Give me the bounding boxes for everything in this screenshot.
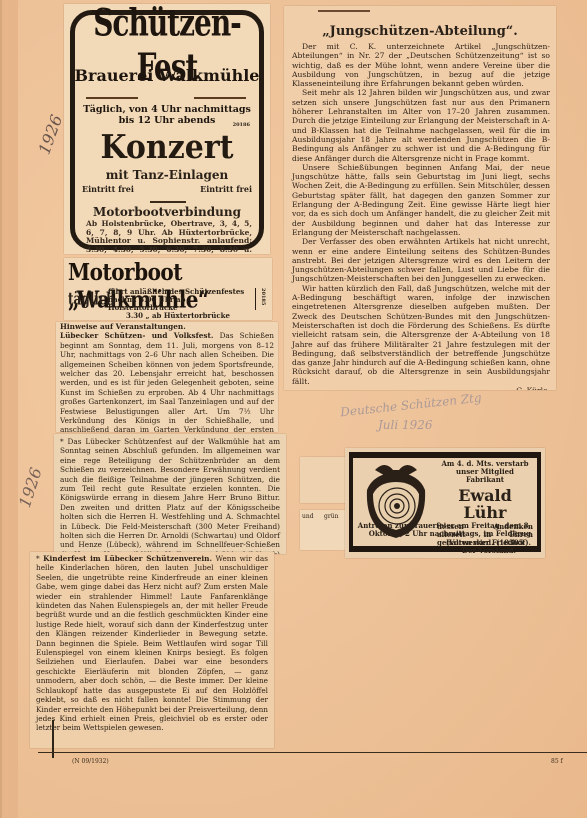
ad-concert: Konzert xyxy=(64,128,270,167)
article-title: „Jungschützen-Abteilung“. xyxy=(284,24,556,39)
article-paragraph: Der Verfasser des oben erwähnten Artikel… xyxy=(292,237,550,283)
kinderfest-body: Wenn wir das helle Kinderlachen hören, d… xyxy=(36,554,268,732)
obituary-occupation: Fabrikant xyxy=(437,476,533,484)
paper-strip-fragment: und grün xyxy=(300,510,346,550)
ad-schuetzenfest: Schützen-Fest Brauerei Walkmühle Täglich… xyxy=(64,4,270,254)
clipping-hinweise: Hinweise auf Veranstaltungen. Lübecker S… xyxy=(56,322,278,432)
ad-underline-right xyxy=(194,97,246,99)
article-paragraph: Der mit C. K. unterzeichnete Artikel „Ju… xyxy=(292,42,550,88)
obituary-name: Ewald Lühr xyxy=(437,487,533,521)
page-fold xyxy=(0,0,2,818)
ad-entry-right: Eintritt frei xyxy=(200,184,252,194)
ad-concert-sub: mit Tanz-Einlagen xyxy=(64,168,270,182)
ad-hours-line1: Täglich, von 4 Uhr nachmittags xyxy=(64,104,270,115)
obituary-notice: Am 4. d. Mts. verstarb unser Mitglied Fa… xyxy=(345,448,545,558)
hinweise-heading: Hinweise auf Veranstaltungen. xyxy=(60,322,274,331)
kinderfest-lead: Kinderfest im Lübecker Schützenverein. xyxy=(43,554,212,563)
page-left-edge xyxy=(0,0,18,818)
report-text: * Das Lübecker Schützenfest auf der Walk… xyxy=(60,437,280,554)
clipping-report-schuetzenfest: * Das Lübecker Schützenfest auf der Walk… xyxy=(54,434,286,554)
ad-underline-left xyxy=(86,97,138,99)
ad-boat-heading: Motorbootverbindung xyxy=(64,205,270,219)
obituary-funeral: Antreten zur Trauerfeier am Freitag, dem… xyxy=(357,522,531,547)
hinweise-text: Das Schießen beginnt am Sonntag, dem 11.… xyxy=(60,331,274,432)
pencil-source-note-line2: Juli 1926 xyxy=(378,418,433,432)
article-top-rule xyxy=(318,10,370,12)
boat-code: 20185 xyxy=(260,288,266,305)
ad-rule xyxy=(150,201,186,203)
scrapbook-page: 1926 1926 Deutsche Schützen Ztg Juli 192… xyxy=(0,0,587,818)
obituary-signed: Der Vorstand. xyxy=(357,547,531,555)
clipping-kinderfest: * Kinderfest im Lübecker Schützenverein.… xyxy=(30,552,274,748)
ad-boat-times: Ab Holstenbrücke, Obertrave, 3, 4, 5, 6,… xyxy=(86,220,252,254)
obituary-footer: Antreten zur Trauerfeier am Freitag, dem… xyxy=(357,522,531,556)
pencil-source-note-line1: Deutsche Schützen Ztg xyxy=(340,391,483,420)
ad-motorboot: Motorboot „Walkmühle“ täglich fährt anlä… xyxy=(64,258,272,320)
bullet-icon: * xyxy=(60,437,68,446)
ad-subtitle: Brauerei Walkmühle xyxy=(64,66,270,85)
article-paragraph: Unsere Schießübungen beginnen Anfang Mai… xyxy=(292,163,550,237)
hinweise-column: Hinweise auf Veranstaltungen. Lübecker S… xyxy=(60,322,274,432)
margin-horizontal-rule xyxy=(38,752,587,753)
strip-word-1: und xyxy=(302,512,314,521)
boat-body: fährt anläßlich des Schützenfestes nachm… xyxy=(108,288,246,320)
article-body: Der mit C. K. unterzeichnete Artikel „Ju… xyxy=(292,42,550,390)
footer-left-code: (N 09/1932) xyxy=(72,758,109,765)
pencil-year-annotation-top: 1926 xyxy=(34,112,66,157)
paper-strip-blank xyxy=(300,457,346,503)
hinweise-lead: Lübecker Schützen- und Volksfest. xyxy=(60,331,213,340)
boat-separator xyxy=(255,288,256,310)
ad-entry-left: Eintritt frei xyxy=(82,184,134,194)
strip-word-2: grün xyxy=(324,512,338,521)
report-body: Das Lübecker Schützenfest auf der Walkmü… xyxy=(60,437,280,554)
kinderfest-text: * Kinderfest im Lübecker Schützenverein.… xyxy=(36,554,268,733)
footer-right-code: 85 f xyxy=(551,758,563,765)
boat-line: nachm. 3.00 Uhr ab Holstentorbrücke xyxy=(108,296,246,312)
article-paragraph: Wir hatten kürzlich den Fall, daß Jungsc… xyxy=(292,284,550,386)
pencil-year-annotation-middle: 1926 xyxy=(15,465,46,510)
article-paragraph: Seit mehr als 12 Jahren bilden wir Jungs… xyxy=(292,88,550,162)
clipping-article-jungschuetzen: „Jungschützen-Abteilung“. Der mit C. K. … xyxy=(284,6,556,390)
article-signature: C. Kürle. xyxy=(292,386,550,390)
obituary-line1: Am 4. d. Mts. verstarb unser Mitglied xyxy=(437,460,533,476)
ad-code: 20186 xyxy=(233,122,250,128)
